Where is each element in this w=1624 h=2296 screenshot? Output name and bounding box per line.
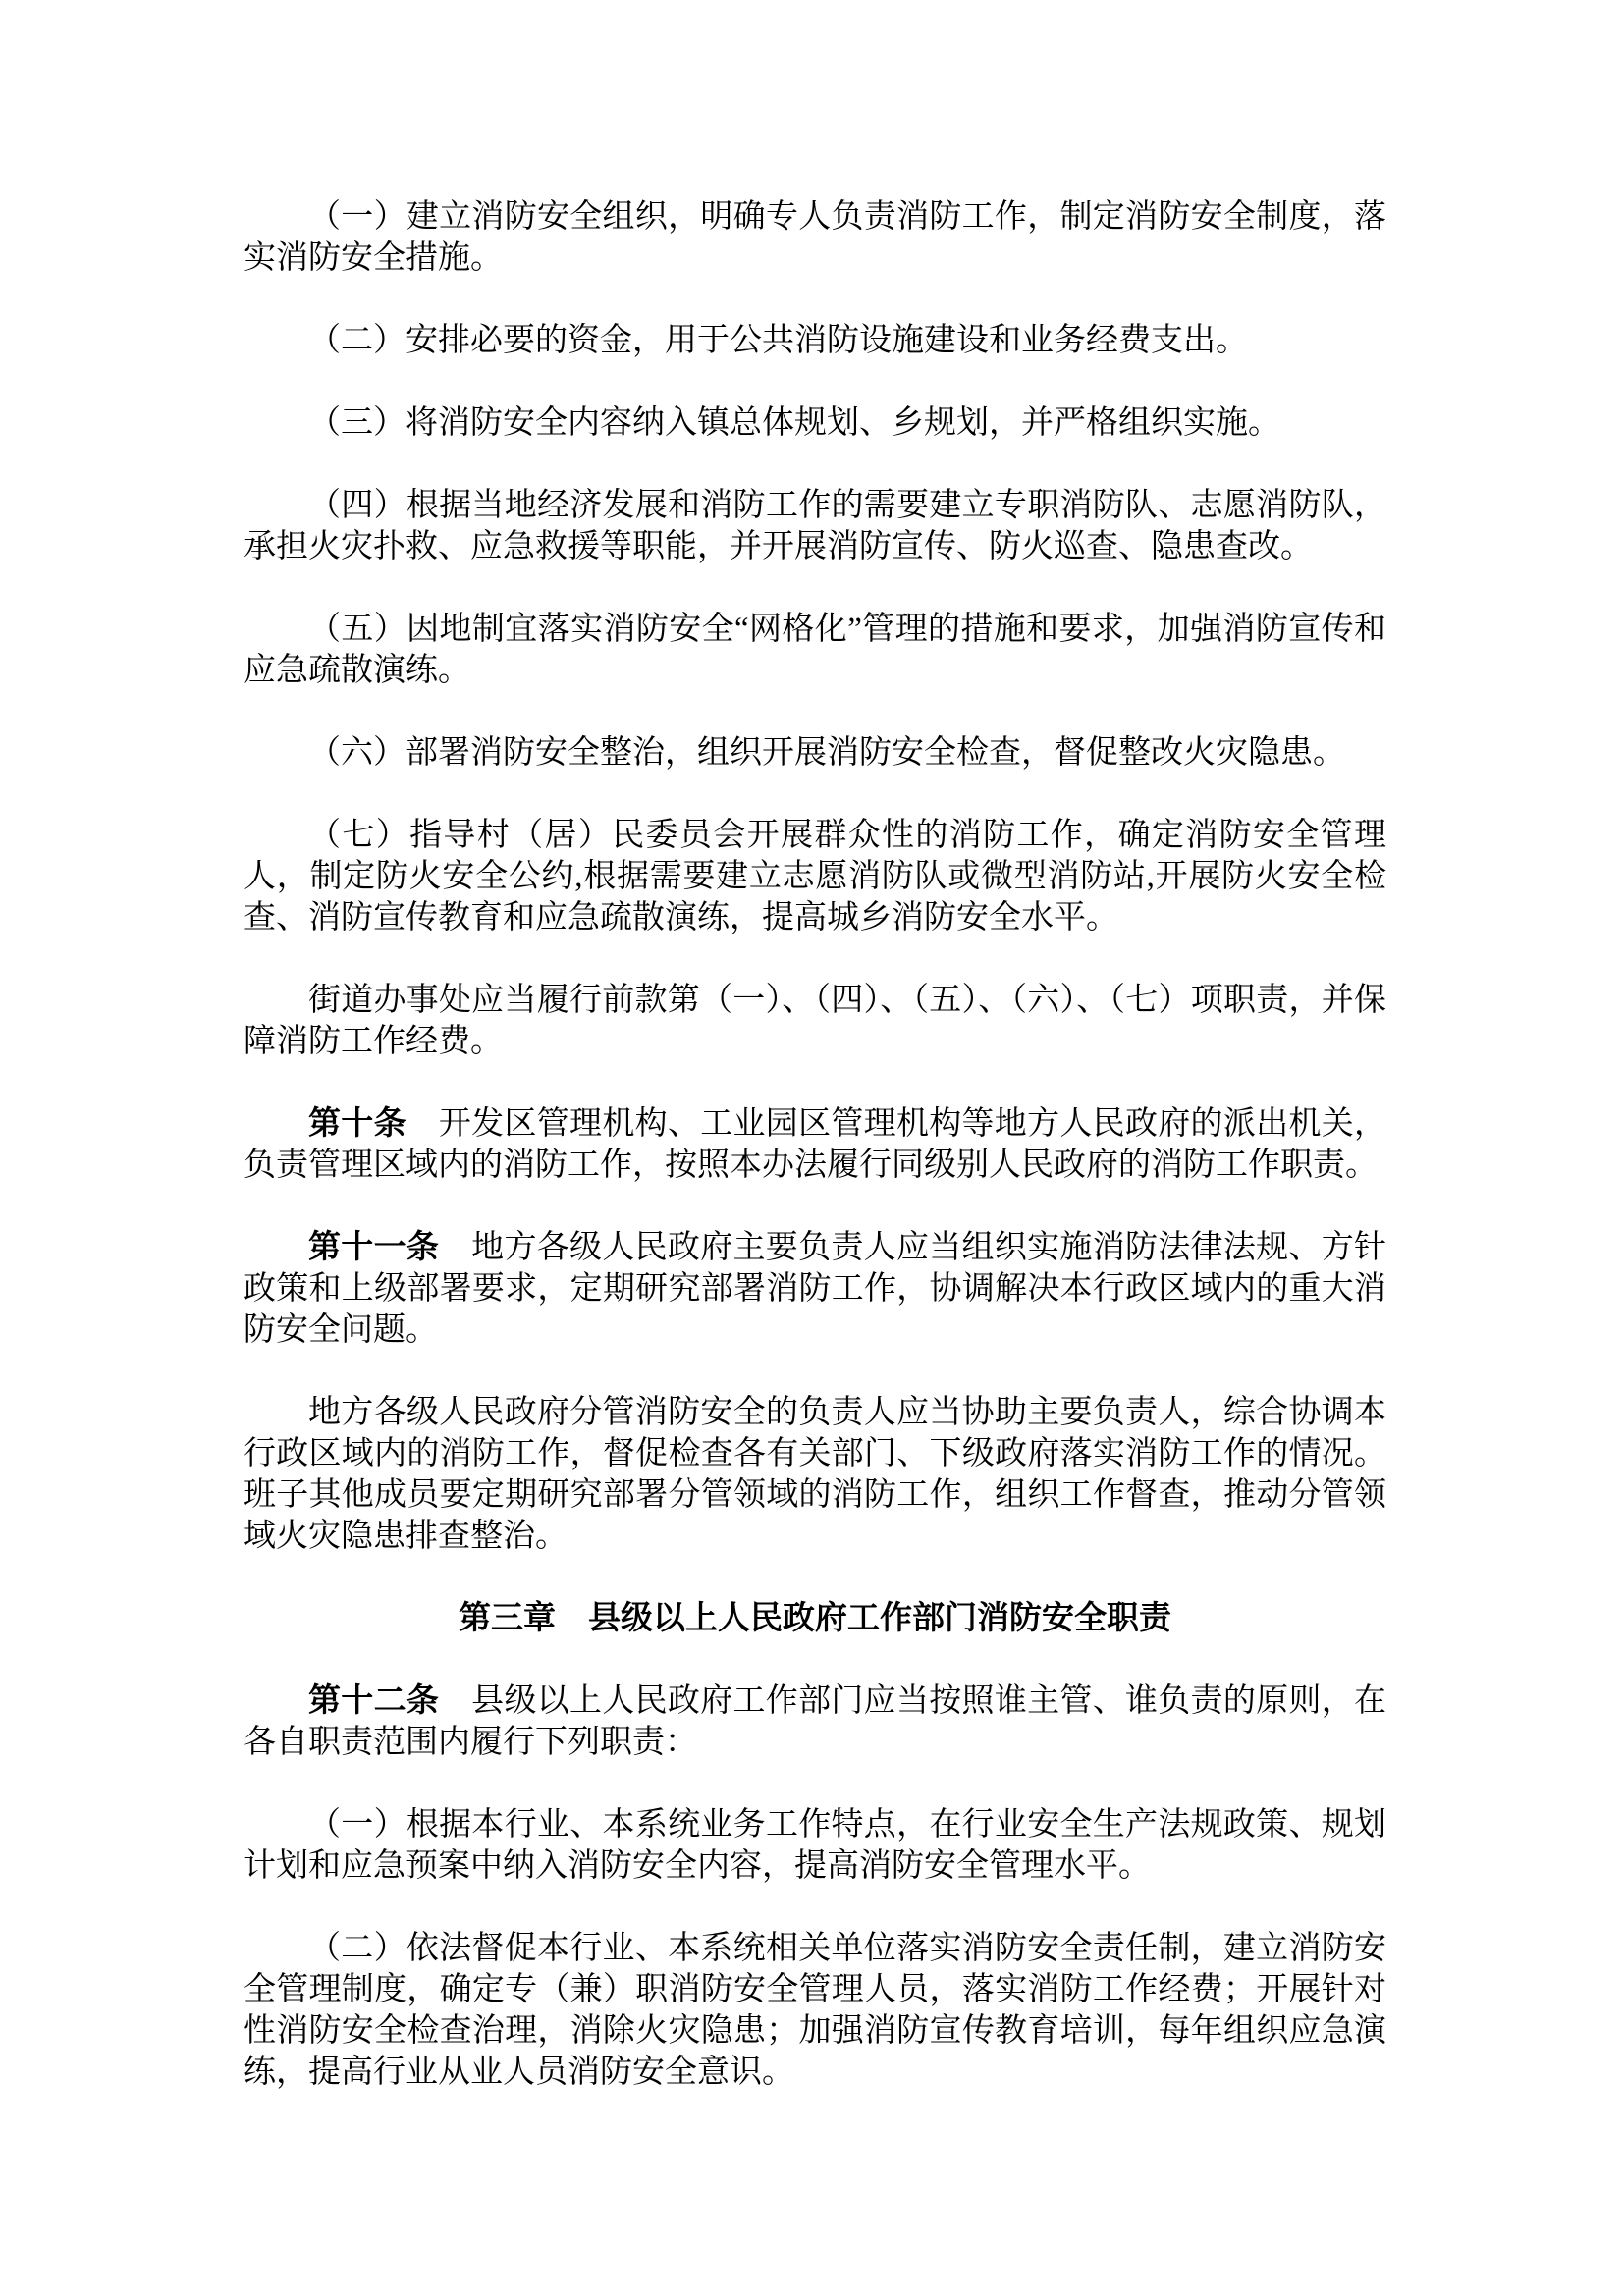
chapter-3-heading: 第三章县级以上人民政府工作部门消防安全职责 — [244, 1598, 1386, 1639]
chapter-3-title: 县级以上人民政府工作部门消防安全职责 — [588, 1601, 1171, 1636]
street-office-duty-paragraph: 街道办事处应当履行前款第（一）、（四）、（五）、（六）、（七）项职责，并保障消防… — [244, 980, 1386, 1062]
clause-3-text: （三）将消防安全内容纳入镇总体规划、乡规划，并严格组织实施。 — [308, 405, 1280, 441]
article-11-paragraph-2: 地方各级人民政府分管消防安全的负责人应当协助主要负责人，综合协调本行政区域内的消… — [244, 1392, 1386, 1557]
article-12-clause-1-text: （一）根据本行业、本系统业务工作特点，在行业安全生产法规政策、规划计划和应急预案… — [244, 1807, 1386, 1884]
article-12-clause-1: （一）根据本行业、本系统业务工作特点，在行业安全生产法规政策、规划计划和应急预案… — [244, 1804, 1386, 1887]
clause-5-text: （五）因地制宜落实消防安全“网格化”管理的措施和要求，加强消防宣传和应急疏散演练… — [244, 612, 1386, 688]
clause-7: （七）指导村（居）民委员会开展群众性的消防工作，确定消防安全管理人，制定防火安全… — [244, 815, 1386, 938]
article-12-paragraph: 第十二条县级以上人民政府工作部门应当按照谁主管、谁负责的原则，在各自职责范围内履… — [244, 1681, 1386, 1763]
clause-4-text: （四）根据当地经济发展和消防工作的需要建立专职消防队、志愿消防队，承担火灾扑救、… — [244, 488, 1386, 564]
article-12-clause-2-text: （二）依法督促本行业、本系统相关单位落实消防安全责任制，建立消防安全管理制度，确… — [244, 1931, 1386, 2090]
clause-3: （三）将消防安全内容纳入镇总体规划、乡规划，并严格组织实施。 — [244, 402, 1386, 444]
clause-1: （一）建立消防安全组织，明确专人负责消防工作，制定消防安全制度，落实消防安全措施… — [244, 196, 1386, 279]
clause-4: （四）根据当地经济发展和消防工作的需要建立专职消防队、志愿消防队，承担火灾扑救、… — [244, 485, 1386, 567]
clause-1-text: （一）建立消防安全组织，明确专人负责消防工作，制定消防安全制度，落实消防安全措施… — [244, 199, 1386, 276]
article-12-clause-2: （二）依法督促本行业、本系统相关单位落实消防安全责任制，建立消防安全管理制度，确… — [244, 1928, 1386, 2093]
clause-7-text: （七）指导村（居）民委员会开展群众性的消防工作，确定消防安全管理人，制定防火安全… — [244, 818, 1386, 935]
article-10-number: 第十条 — [308, 1106, 406, 1142]
clause-2: （二）安排必要的资金，用于公共消防设施建设和业务经费支出。 — [244, 320, 1386, 361]
clause-6-text: （六）部署消防安全整治，组织开展消防安全检查，督促整改火灾隐患。 — [308, 735, 1345, 771]
article-11-number: 第十一条 — [308, 1230, 439, 1265]
street-office-duty-text: 街道办事处应当履行前款第（一）、（四）、（五）、（六）、（七）项职责，并保障消防… — [244, 983, 1386, 1059]
document-body: （一）建立消防安全组织，明确专人负责消防工作，制定消防安全制度，落实消防安全措施… — [244, 196, 1386, 2134]
article-11-paragraph-2-text: 地方各级人民政府分管消防安全的负责人应当协助主要负责人，综合协调本行政区域内的消… — [244, 1395, 1386, 1554]
article-10-text: 开发区管理机构、工业园区管理机构等地方人民政府的派出机关，负责管理区域内的消防工… — [244, 1106, 1386, 1183]
clause-6: （六）部署消防安全整治，组织开展消防安全检查，督促整改火灾隐患。 — [244, 732, 1386, 774]
article-11-paragraph: 第十一条地方各级人民政府主要负责人应当组织实施消防法律法规、方针政策和上级部署要… — [244, 1227, 1386, 1351]
article-12-number: 第十二条 — [308, 1683, 439, 1719]
chapter-3-number: 第三章 — [459, 1601, 556, 1636]
article-10-paragraph: 第十条开发区管理机构、工业园区管理机构等地方人民政府的派出机关，负责管理区域内的… — [244, 1103, 1386, 1186]
clause-2-text: （二）安排必要的资金，用于公共消防设施建设和业务经费支出。 — [308, 323, 1248, 358]
clause-5: （五）因地制宜落实消防安全“网格化”管理的措施和要求，加强消防宣传和应急疏散演练… — [244, 609, 1386, 691]
document-page: （一）建立消防安全组织，明确专人负责消防工作，制定消防安全制度，落实消防安全措施… — [0, 0, 1624, 2296]
